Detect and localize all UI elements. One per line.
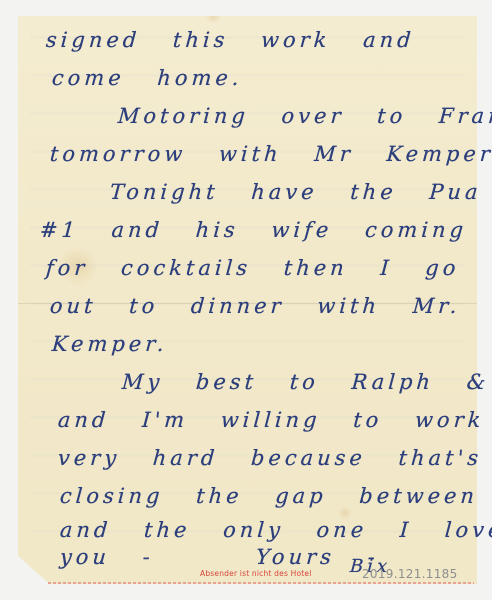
letter-line-3: Motoring over to Frankfort <box>117 104 492 128</box>
letter-line-5: Tonight have the Pua <box>109 180 482 204</box>
accession-number: 2019.121.1185 <box>362 567 458 581</box>
letter-line-13: closing the gap between me <box>59 484 492 508</box>
letter-line-15: you - <box>59 545 154 569</box>
letter-line-8: out to dinner with Mr. <box>49 294 461 318</box>
scan-background: signed this work and come home. Motoring… <box>0 0 492 600</box>
letter-line-1: signed this work and <box>45 28 415 52</box>
paper-stain <box>203 12 223 22</box>
printed-hotel-footer: Absender ist nicht des Hotel <box>200 569 312 578</box>
letter-line-2: come home. <box>51 66 243 90</box>
letter-line-9: Kemper. <box>51 332 168 356</box>
letter-line-6: #1 and his wife coming <box>39 218 468 242</box>
perforated-edge <box>48 582 474 584</box>
letter-line-11: and I'm willing to work <box>57 408 485 432</box>
letter-line-12: very hard because that's <box>57 446 483 470</box>
letter-line-7: for cocktails then I go <box>45 256 460 280</box>
letter-line-14: and the only one I love. <box>59 518 492 542</box>
letter-line-4: tomorrow with Mr Kemper. <box>49 142 492 166</box>
letter-line-10: My best to Ralph & Lucy <box>121 370 492 394</box>
